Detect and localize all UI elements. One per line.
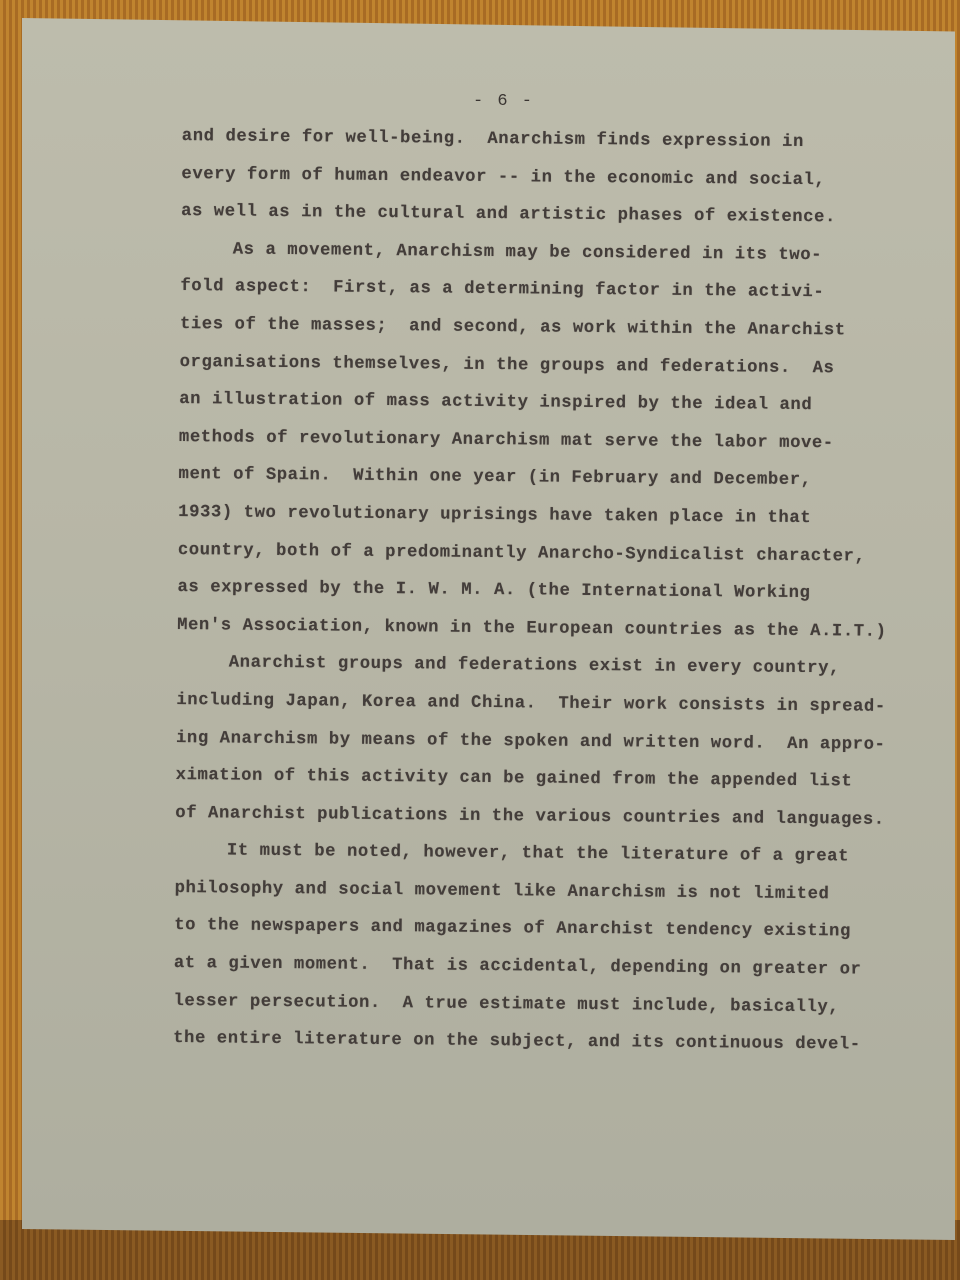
paragraph-1: and desire for well-being. Anarchism fin… — [181, 118, 942, 238]
document-body: and desire for well-being. Anarchism fin… — [173, 118, 942, 1065]
text-line: the entire literature on the subject, an… — [173, 1020, 933, 1065]
page-number: - 6 - — [22, 92, 955, 111]
paragraph-3: Anarchist groups and federations exist i… — [175, 644, 937, 839]
paragraph-2: As a movement, Anarchism may be consider… — [177, 231, 941, 652]
text-line: including Japan, Korea and China. Their … — [176, 682, 936, 727]
typewritten-page: - 6 - and desire for well-being. Anarchi… — [22, 18, 955, 1240]
paragraph-4: It must be noted, however, that the lite… — [173, 832, 935, 1065]
